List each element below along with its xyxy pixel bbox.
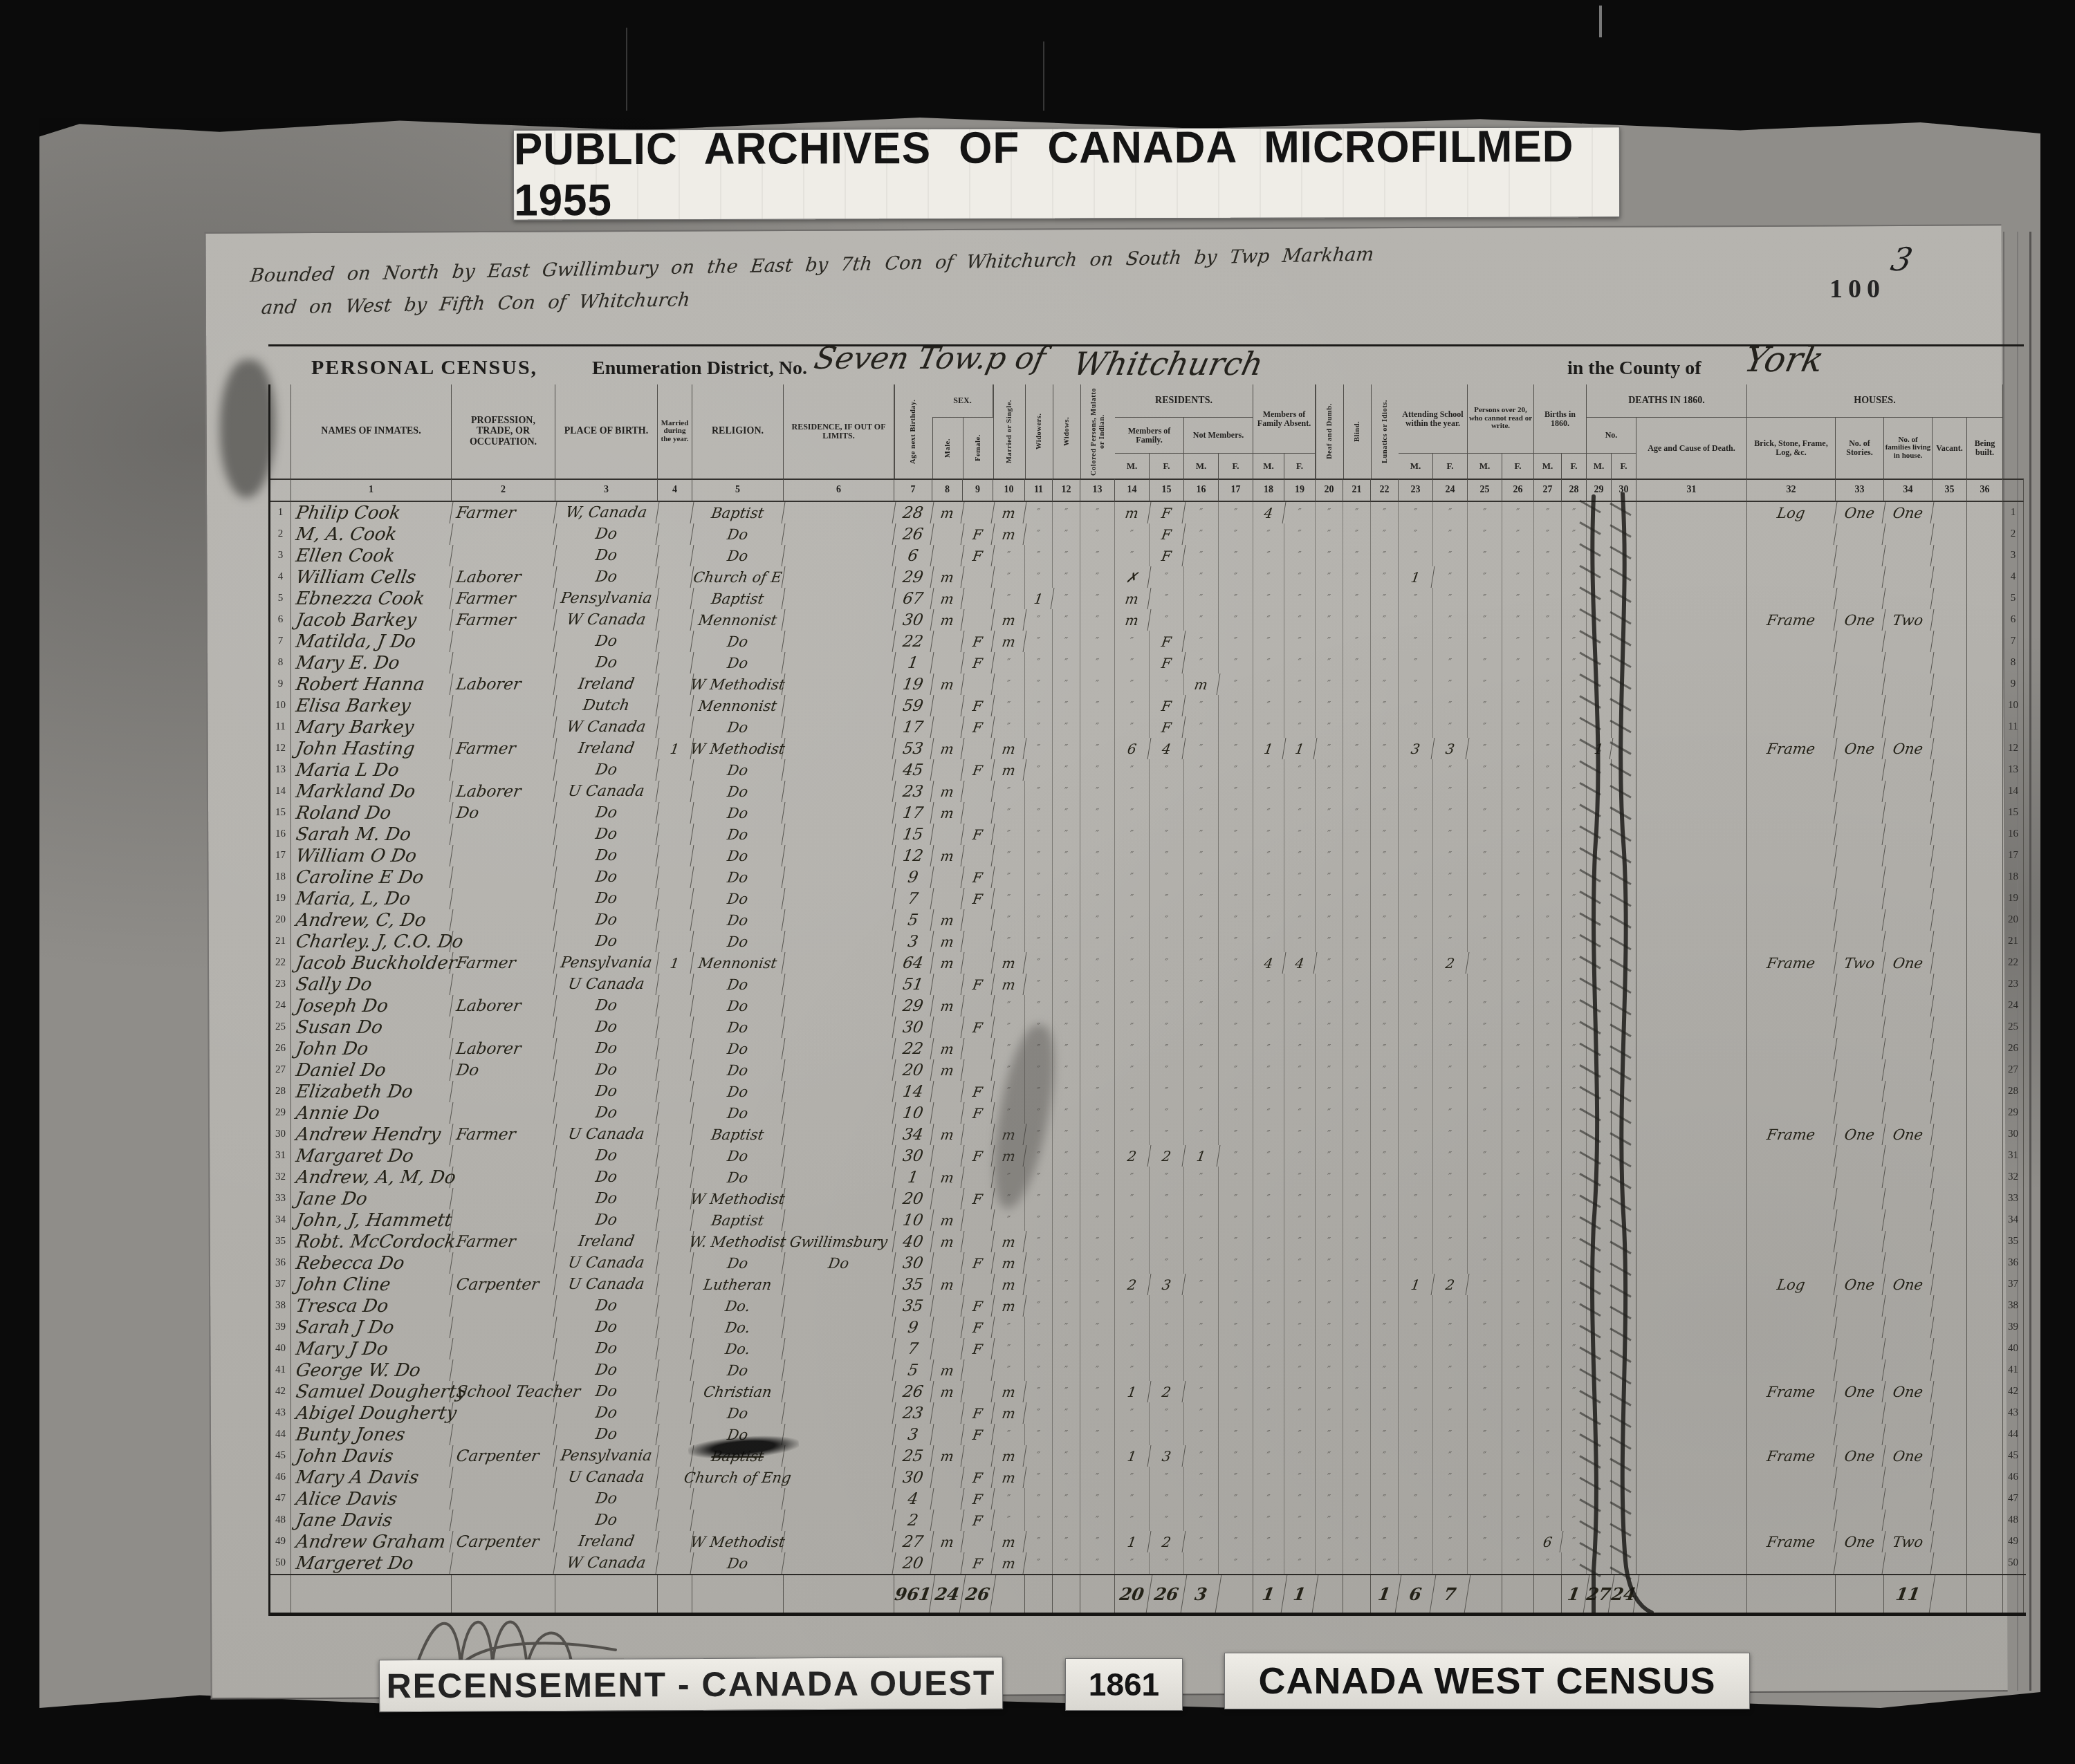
total-col34: 11	[1881, 1575, 1936, 1613]
table-row: 32Andrew, A, M, DoDoDo1m″″″″″″″″″″″″″″″″…	[270, 1167, 2026, 1188]
birthplace-cell: Do	[554, 1038, 660, 1059]
ditto-cell: ″	[1053, 995, 1080, 1016]
female-cell: F	[961, 866, 995, 888]
ditto-cell: ″	[1219, 952, 1253, 974]
ditto-cell: ″	[1080, 609, 1115, 631]
row-number-left: 46	[270, 1467, 291, 1488]
ditto-cell: ″	[1399, 1102, 1433, 1124]
ditto-cell: ″	[1468, 1317, 1502, 1338]
stories-cell	[1834, 1209, 1886, 1231]
being-built-cell	[1967, 674, 2003, 695]
ditto-cell: ″	[1025, 845, 1053, 866]
column-number: 22	[1371, 479, 1399, 502]
being-built-cell	[1967, 1445, 2003, 1467]
ditto-cell: ″	[1343, 974, 1371, 995]
residence-cell	[782, 588, 896, 609]
ditto-cell: ″	[1371, 802, 1399, 824]
vacant-cell	[1933, 781, 1967, 802]
ditto-cell: ″	[1534, 1445, 1562, 1467]
ditto-cell: ″	[1284, 888, 1316, 909]
ditto-cell: ″	[1433, 566, 1468, 588]
header-vacant: Vacant.	[1933, 418, 1967, 479]
total-col15: 26	[1147, 1575, 1188, 1613]
families-cell	[1883, 1402, 1935, 1424]
religion-cell: Do	[691, 1402, 786, 1424]
age-cell: 3	[893, 931, 934, 952]
being-built-cell	[1967, 1317, 2003, 1338]
ditto-cell: ″	[1316, 1209, 1343, 1231]
age-cell: 30	[893, 1467, 934, 1488]
occupation-cell	[450, 1252, 557, 1274]
ditto-cell: ″	[1502, 1274, 1534, 1295]
female-cell	[961, 609, 995, 631]
ditto-cell: ″	[1343, 738, 1371, 759]
ditto-cell: ″	[1468, 1467, 1502, 1488]
residence-cell	[782, 502, 896, 523]
age-cell: 2	[893, 1510, 934, 1531]
residence-cell	[782, 1467, 896, 1488]
religion-cell: Do	[691, 1552, 786, 1574]
stories-cell	[1834, 974, 1886, 995]
stories-cell: One	[1834, 1531, 1886, 1552]
ditto-cell: ″	[1080, 523, 1115, 545]
ditto-cell: ″	[1534, 1402, 1562, 1424]
vacant-cell	[1933, 1381, 1967, 1402]
ditto-cell: ″	[1253, 695, 1284, 716]
row-number-left: 6	[270, 609, 291, 631]
vacant-cell	[1933, 674, 1967, 695]
vacant-cell	[1933, 1231, 1967, 1252]
ditto-cell: ″	[1433, 1145, 1468, 1167]
row-number-right: 27	[2003, 1059, 2024, 1081]
ditto-cell: ″	[1534, 1209, 1562, 1231]
table-row: 49Andrew GrahamCarpenterIrelandW Methodi…	[270, 1531, 2026, 1552]
stories-cell	[1834, 1167, 1886, 1188]
being-built-cell	[1967, 1488, 2003, 1510]
vacant-cell	[1933, 502, 1967, 523]
ditto-cell: ″	[1502, 1317, 1534, 1338]
table-row: 1Philip CookFarmerW, CanadaBaptist28mm″″…	[270, 502, 2026, 523]
being-built-cell	[1967, 1531, 2003, 1552]
religion-cell: Do	[691, 1038, 786, 1059]
film-scratch	[626, 28, 627, 111]
occupation-cell	[450, 695, 557, 716]
ditto-cell: ″	[1468, 1167, 1502, 1188]
ditto-cell: ″	[1371, 1402, 1399, 1424]
row-number-right: 4	[2003, 566, 2024, 588]
marital-status-cell: m	[992, 974, 1027, 995]
male-cell	[931, 759, 965, 781]
name-cell: John, J, Hammett	[290, 1209, 454, 1231]
ditto-cell: ″	[1399, 995, 1433, 1016]
stories-cell	[1834, 824, 1886, 845]
name-cell: John Davis	[290, 1445, 454, 1467]
residence-cell	[782, 1381, 896, 1402]
ditto-cell: ″	[1053, 1231, 1080, 1252]
table-row: 28Elizabeth DoDoDo14F″″″″″″″″″″″″″″″″″″″…	[270, 1081, 2026, 1102]
ditto-cell: ″	[1284, 1145, 1316, 1167]
ditto-cell: ″	[1343, 931, 1371, 952]
ditto-cell: ″	[1184, 888, 1219, 909]
col15-cell: F	[1148, 545, 1186, 566]
col14-cell: m	[1114, 502, 1152, 523]
ditto-cell: ″	[1184, 824, 1219, 845]
col15-cell: F	[1148, 631, 1186, 652]
house-type-cell	[1746, 1510, 1838, 1531]
ditto-cell: ″	[1053, 866, 1080, 888]
county-label: in the County of	[1567, 358, 1701, 380]
married-year-cell	[656, 866, 694, 888]
residence-cell	[782, 909, 896, 931]
ditto-cell: ″	[1150, 931, 1184, 952]
male-cell: m	[931, 502, 965, 523]
ditto-cell: ″	[1343, 716, 1371, 738]
ditto-cell: ″	[1502, 845, 1534, 866]
name-cell: Robert Hanna	[290, 674, 454, 695]
vacant-cell	[1933, 1145, 1967, 1167]
stories-cell	[1834, 1059, 1886, 1081]
marital-status-cell: ″	[993, 1488, 1025, 1510]
ditto-cell: ″	[1284, 909, 1316, 931]
families-cell: One	[1883, 1124, 1935, 1145]
total-col17	[1219, 1575, 1253, 1613]
ditto-cell: ″	[1115, 1188, 1150, 1209]
ditto-cell: ″	[1080, 631, 1115, 652]
ditto-cell: ″	[1433, 866, 1468, 888]
ditto-cell: ″	[1184, 1188, 1219, 1209]
female-cell	[961, 674, 995, 695]
religion-cell: Baptist	[691, 1209, 786, 1231]
male-cell	[931, 523, 965, 545]
row-number-left: 7	[270, 631, 291, 652]
vacant-cell	[1933, 1467, 1967, 1488]
vacant-cell	[1933, 1167, 1967, 1188]
ditto-cell: ″	[1399, 759, 1433, 781]
ditto-cell: ″	[1468, 1231, 1502, 1252]
ditto-cell: ″	[1343, 866, 1371, 888]
house-type-cell	[1746, 931, 1838, 952]
page-number-stamp: 100	[1829, 274, 1885, 304]
birthplace-cell: Do	[554, 1359, 660, 1381]
religion-cell: W Methodist	[691, 1531, 786, 1552]
ditto-cell: ″	[1371, 1510, 1399, 1531]
house-type-cell	[1746, 1338, 1838, 1359]
name-cell: Andrew Graham	[290, 1531, 454, 1552]
male-cell	[931, 1467, 965, 1488]
age-cell: 30	[893, 609, 934, 631]
ditto-cell: ″	[1343, 845, 1371, 866]
ditto-cell: ″	[1219, 931, 1253, 952]
ditto-cell: ″	[1433, 502, 1468, 523]
ditto-cell: ″	[1399, 1359, 1433, 1381]
header-m: M.	[1468, 454, 1502, 479]
being-built-cell	[1967, 1274, 2003, 1295]
ditto-cell: ″	[1433, 674, 1468, 695]
col24-cell: 2	[1432, 952, 1470, 974]
header-attending-school: Attending School within the year.	[1399, 384, 1468, 454]
vacant-cell	[1933, 695, 1967, 716]
name-cell: Margaret Do	[290, 1145, 454, 1167]
being-built-cell	[1967, 1381, 2003, 1402]
ditto-cell: ″	[1316, 502, 1343, 523]
header-f: F.	[1433, 454, 1468, 479]
ditto-cell: ″	[1316, 1167, 1343, 1188]
age-cell: 6	[893, 545, 934, 566]
header-profession: PROFESSION, TRADE, OR OCCUPATION.	[452, 384, 555, 479]
ditto-cell: ″	[1025, 974, 1053, 995]
house-type-cell	[1746, 1145, 1838, 1167]
ditto-cell: ″	[1343, 523, 1371, 545]
header-residents: RESIDENTS.	[1115, 384, 1253, 418]
families-cell	[1883, 974, 1935, 995]
col14-cell: 2	[1114, 1274, 1152, 1295]
total-col33	[1836, 1575, 1884, 1613]
ditto-cell: ″	[1025, 609, 1053, 631]
ditto-cell: ″	[1316, 1531, 1343, 1552]
ditto-cell: ″	[1219, 1510, 1253, 1531]
english-census-banner-text: CANADA WEST CENSUS	[1258, 1660, 1715, 1702]
ditto-cell: ″	[1468, 1531, 1502, 1552]
families-cell	[1883, 1359, 1935, 1381]
ditto-cell: ″	[1080, 1081, 1115, 1102]
house-type-cell: Log	[1746, 1274, 1838, 1295]
male-cell	[931, 888, 965, 909]
ditto-cell: ″	[1080, 931, 1115, 952]
table-body: 1Philip CookFarmerW, CanadaBaptist28mm″″…	[270, 502, 2026, 1574]
header-f: F.	[1284, 454, 1316, 479]
families-cell	[1883, 1338, 1935, 1359]
house-type-cell	[1746, 545, 1838, 566]
occupation-cell	[450, 652, 557, 674]
ditto-cell: ″	[1219, 1488, 1253, 1510]
residence-cell	[782, 1016, 896, 1038]
vacant-cell	[1933, 631, 1967, 652]
stories-cell	[1834, 716, 1886, 738]
ditto-cell: ″	[1080, 974, 1115, 995]
house-type-cell	[1746, 1424, 1838, 1445]
religion-cell: Do	[691, 1059, 786, 1081]
column-number: 1	[291, 479, 452, 502]
families-cell: One	[1883, 738, 1935, 759]
ditto-cell: ″	[1284, 1317, 1316, 1338]
ditto-cell: ″	[1371, 1059, 1399, 1081]
ditto-cell: ″	[1080, 1338, 1115, 1359]
ditto-cell: ″	[1115, 1359, 1150, 1381]
ditto-cell: ″	[1184, 1167, 1219, 1188]
ditto-cell: ″	[1371, 1359, 1399, 1381]
female-cell	[961, 1038, 995, 1059]
ditto-cell: ″	[1433, 1338, 1468, 1359]
total-col6	[784, 1575, 894, 1613]
ditto-cell: ″	[1284, 652, 1316, 674]
ditto-cell: ″	[1468, 1016, 1502, 1038]
married-year-cell	[656, 1531, 694, 1552]
age-cell: 35	[893, 1274, 934, 1295]
ditto-cell: ″	[1343, 1402, 1371, 1424]
ditto-cell: ″	[1080, 952, 1115, 974]
marital-status-cell: ″	[993, 931, 1025, 952]
row-number-left: 33	[270, 1188, 291, 1209]
row-number-left: 15	[270, 802, 291, 824]
table-row: 27Daniel DoDoDoDo20m″″″″″″″″″″″″″″″″″″″2…	[270, 1059, 2026, 1081]
ditto-cell: ″	[1468, 631, 1502, 652]
vacant-cell	[1933, 1552, 1967, 1574]
religion-cell: Lutheran	[691, 1274, 786, 1295]
year-banner: 1861	[1065, 1658, 1183, 1711]
row-number-right: 37	[2003, 1274, 2024, 1295]
marital-status-cell: ″	[993, 824, 1025, 845]
ditto-cell: ″	[1115, 652, 1150, 674]
married-year-cell	[656, 1188, 694, 1209]
families-cell	[1883, 631, 1935, 652]
ditto-cell: ″	[1534, 931, 1562, 952]
stories-cell	[1834, 866, 1886, 888]
ditto-cell: ″	[1219, 1295, 1253, 1317]
ditto-cell: ″	[1115, 931, 1150, 952]
families-cell	[1883, 1467, 1935, 1488]
ditto-cell: ″	[1399, 888, 1433, 909]
stories-cell	[1834, 802, 1886, 824]
ditto-cell: ″	[1025, 1488, 1053, 1510]
residence-cell	[782, 609, 896, 631]
stories-cell	[1834, 888, 1886, 909]
age-cell: 34	[893, 1124, 934, 1145]
ditto-cell: ″	[1316, 952, 1343, 974]
ditto-cell: ″	[1150, 1295, 1184, 1317]
age-cell: 19	[893, 674, 934, 695]
families-cell	[1883, 1209, 1935, 1231]
ditto-cell: ″	[1150, 802, 1184, 824]
house-type-cell	[1746, 1231, 1838, 1252]
married-year-cell	[656, 1059, 694, 1081]
religion-cell: Do	[691, 631, 786, 652]
ditto-cell: ″	[1316, 1552, 1343, 1574]
ditto-cell: ″	[1184, 1424, 1219, 1445]
ditto-cell: ″	[1053, 1510, 1080, 1531]
row-number-left: 14	[270, 781, 291, 802]
being-built-cell	[1967, 1038, 2003, 1059]
occupation-cell	[450, 523, 557, 545]
ditto-cell: ″	[1468, 1081, 1502, 1102]
married-year-cell	[656, 759, 694, 781]
ditto-cell: ″	[1253, 1317, 1284, 1338]
married-year-cell	[656, 1317, 694, 1338]
female-cell	[961, 1359, 995, 1381]
female-cell	[961, 845, 995, 866]
ditto-cell: ″	[1433, 759, 1468, 781]
families-cell	[1883, 716, 1935, 738]
row-number-right: 21	[2003, 931, 2024, 952]
ditto-cell: ″	[1343, 1359, 1371, 1381]
residence-cell: Gwillimsbury	[782, 1231, 896, 1252]
name-cell: Mary Barkey	[290, 716, 454, 738]
ditto-cell: ″	[1150, 1102, 1184, 1124]
column-number: 20	[1316, 479, 1343, 502]
total-col13	[1080, 1575, 1115, 1613]
ditto-cell: ″	[1053, 1295, 1080, 1317]
female-cell: F	[961, 888, 995, 909]
stories-cell	[1834, 1295, 1886, 1317]
ditto-cell: ″	[1253, 1510, 1284, 1531]
ditto-cell: ″	[1080, 1145, 1115, 1167]
ditto-cell: ″	[1184, 695, 1219, 716]
house-type-cell	[1746, 1188, 1838, 1209]
occupation-cell	[450, 974, 557, 995]
being-built-cell	[1967, 909, 2003, 931]
birthplace-cell: Ireland	[554, 674, 660, 695]
stories-cell	[1834, 1510, 1886, 1531]
marital-status-cell: m	[992, 738, 1027, 759]
row-number-right: 31	[2003, 1145, 2024, 1167]
column-number: 23	[1399, 479, 1433, 502]
col15-cell: F	[1148, 523, 1186, 545]
vacant-cell	[1933, 1510, 1967, 1531]
ditto-cell: ″	[1433, 1359, 1468, 1381]
ditto-cell: ″	[1219, 1317, 1253, 1338]
name-cell: Ebnezza Cook	[290, 588, 454, 609]
male-cell	[931, 545, 965, 566]
ditto-cell: ″	[1502, 1102, 1534, 1124]
age-cell: 23	[893, 1402, 934, 1424]
married-year-cell	[656, 588, 694, 609]
name-cell: Sarah M. Do	[290, 824, 454, 845]
age-cell: 10	[893, 1102, 934, 1124]
header-f: F.	[1219, 454, 1253, 479]
residence-cell	[782, 1102, 896, 1124]
ditto-cell: ″	[1502, 652, 1534, 674]
row-number-right: 34	[2003, 1209, 2024, 1231]
row-number-left: 12	[270, 738, 291, 759]
religion-cell: Do	[691, 995, 786, 1016]
ditto-cell: ″	[1534, 888, 1562, 909]
married-year-cell	[656, 1488, 694, 1510]
ditto-cell: ″	[1468, 716, 1502, 738]
ditto-cell: ″	[1468, 738, 1502, 759]
column-number: 14	[1115, 479, 1150, 502]
ditto-cell: ″	[1343, 1531, 1371, 1552]
ditto-cell: ″	[1053, 888, 1080, 909]
birthplace-cell: Dutch	[554, 695, 660, 716]
house-type-cell	[1746, 888, 1838, 909]
ditto-cell: ″	[1316, 1252, 1343, 1274]
ditto-cell: ″	[1433, 1467, 1468, 1488]
row-number-left: 8	[270, 652, 291, 674]
name-cell: Elisa Barkey	[290, 695, 454, 716]
table-row: 9Robert HannaLaborerIrelandW Methodist19…	[270, 674, 2026, 695]
residence-cell	[782, 1552, 896, 1574]
married-year-cell	[656, 1510, 694, 1531]
title-band: PERSONAL CENSUS, Enumeration District, N…	[268, 344, 2024, 387]
marital-status-cell: ″	[993, 781, 1025, 802]
ditto-cell: ″	[1343, 588, 1371, 609]
row-number-right: 45	[2003, 1445, 2024, 1467]
female-cell: F	[961, 1317, 995, 1338]
marital-status-cell: m	[992, 502, 1027, 523]
marital-status-cell: m	[992, 1552, 1027, 1574]
ditto-cell: ″	[1025, 1402, 1053, 1424]
ditto-cell: ″	[1184, 802, 1219, 824]
ditto-cell: ″	[1433, 931, 1468, 952]
residence-cell	[782, 1510, 896, 1531]
families-cell	[1883, 781, 1935, 802]
age-cell: 45	[893, 759, 934, 781]
column-number: 27	[1534, 479, 1562, 502]
being-built-cell	[1967, 609, 2003, 631]
col11-cell: 1	[1024, 588, 1055, 609]
ditto-cell: ″	[1115, 523, 1150, 545]
female-cell	[961, 1124, 995, 1145]
being-built-cell	[1967, 1467, 2003, 1488]
